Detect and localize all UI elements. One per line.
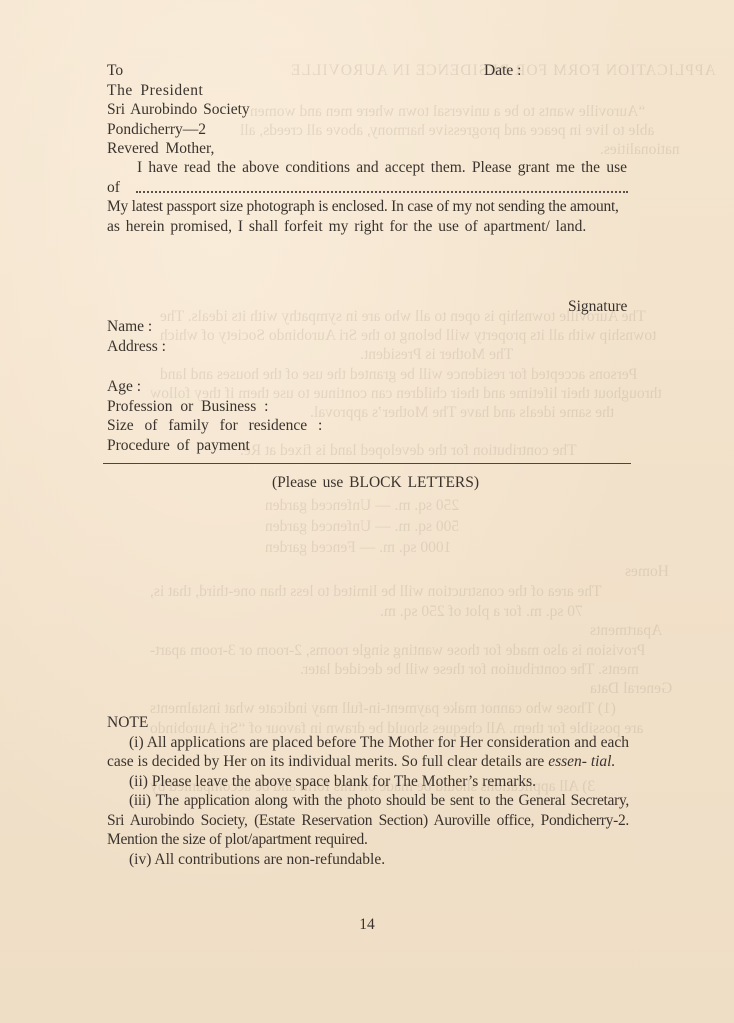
- age-field-label: Age :: [107, 377, 141, 396]
- addressee-line: Pondicherry—2: [107, 120, 206, 139]
- date-label: Date :: [484, 61, 521, 80]
- body-line-forfeit: as herein promised, I shall forfeit my r…: [107, 217, 586, 236]
- body-line-request: I have read the above conditions and acc…: [137, 158, 627, 177]
- note-item-2: (ii) Please leave the above space blank …: [107, 772, 629, 792]
- payment-field-label: Procedure of payment: [107, 436, 250, 455]
- bleed-through-line: “Auroville wants to be a universal town …: [250, 103, 645, 121]
- family-size-field-label: Size of family for residence :: [107, 416, 322, 435]
- block-letters-instruction: (Please use BLOCK LETTERS): [272, 473, 479, 492]
- bleed-through-line: Apartments: [590, 622, 662, 640]
- note-item-1-emphasis: essen- tial.: [548, 753, 615, 770]
- note-item-3: (iii) The application along with the pho…: [107, 791, 629, 850]
- addressee-line: The President: [107, 81, 203, 100]
- bleed-through-line: The contribution for the developed land …: [240, 442, 577, 460]
- note-heading: NOTE: [107, 713, 629, 733]
- profession-field-label: Profession or Business :: [107, 397, 268, 416]
- signature-label: Signature: [568, 297, 627, 316]
- bleed-through-line: ments. The contribution for these will b…: [300, 661, 639, 679]
- salutation: Revered Mother,: [107, 139, 214, 158]
- bleed-through-line: able to live in peace and progressive ha…: [240, 122, 654, 140]
- scanned-page: APPLICATION FORM FOR RESIDENCE IN AUROVI…: [0, 0, 734, 1023]
- body-line-photo: My latest passport size photograph is en…: [107, 197, 619, 216]
- note-section: NOTE (i) All applications are placed bef…: [107, 713, 629, 869]
- bleed-through-line: township with all its property will belo…: [160, 327, 656, 345]
- bleed-through-line: 500 sq. m. — Unfenced garden: [265, 518, 459, 536]
- note-item-4: (iv) All contributions are non-refundabl…: [107, 850, 629, 870]
- page-number: 14: [0, 916, 734, 934]
- of-label: of: [107, 178, 120, 197]
- addressee-line: Sri Aurobindo Society: [107, 100, 250, 119]
- bleed-through-line: General Data: [590, 680, 672, 698]
- bleed-through-line: 70 sq. m. for a plot of 250 sq. m.: [380, 603, 583, 621]
- note-item-1: (i) All applications are placed before T…: [107, 733, 629, 772]
- bleed-through-line: The area of the construction will be lim…: [150, 583, 602, 601]
- address-field-label: Address :: [107, 337, 166, 356]
- bleed-through-line: Provision is also made for those wanting…: [150, 642, 646, 660]
- bleed-through-line: Persons accepted for residence will be g…: [160, 366, 637, 384]
- name-field-label: Name :: [107, 317, 152, 336]
- usage-fill-line[interactable]: [136, 189, 628, 193]
- bleed-through-line: Homes: [625, 563, 669, 581]
- bleed-through-line: 1000 sq. m. — Fenced garden: [265, 539, 451, 557]
- to-label: To: [107, 61, 123, 80]
- bleed-through-line: 250 sq. m. — Unfenced garden: [265, 497, 459, 515]
- section-divider: [103, 463, 631, 464]
- bleed-through-line: the same ideals and have The Mother’s ap…: [310, 404, 614, 422]
- bleed-through-line: The Mother is President.: [360, 346, 513, 364]
- bleed-through-line: nationalities.: [600, 141, 680, 159]
